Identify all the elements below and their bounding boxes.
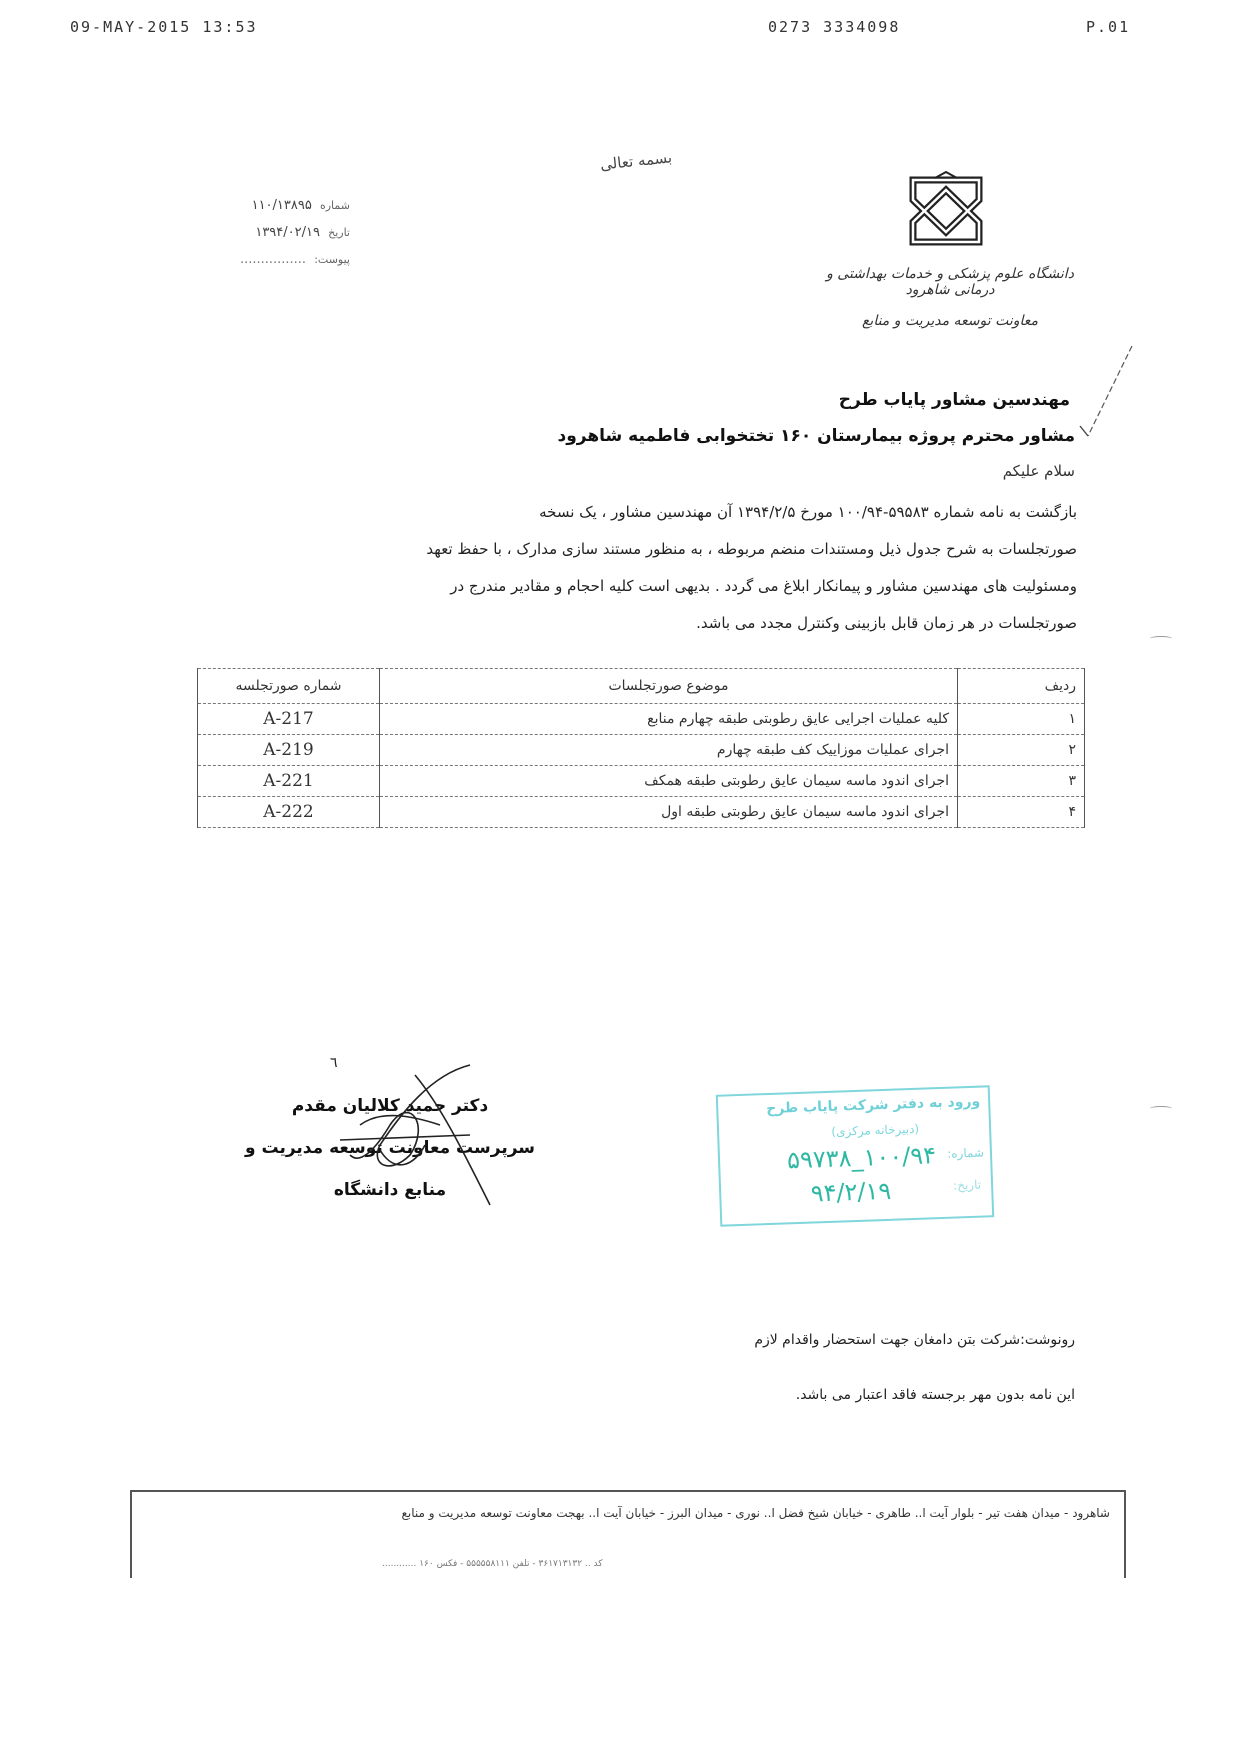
scan-edge-mark <box>1150 1106 1172 1111</box>
letter-meta: شماره ۱۱۰/۱۳۸۹۵ تاریخ ۱۳۹۴/۰۲/۱۹ پیوست: … <box>200 192 350 273</box>
letter-number-value: ۱۱۰/۱۳۸۹۵ <box>252 198 312 213</box>
cell-minutes-number: A-217 <box>198 704 380 735</box>
header-subject: موضوع صورتجلسات <box>380 669 958 704</box>
table-row: ۲ اجرای عملیات موزاییک کف طبقه چهارم A-2… <box>198 735 1085 766</box>
receipt-stamp: ورود به دفتر شرکت پایاب طرح (دبیرخانه مر… <box>716 1085 994 1226</box>
greeting: سلام علیکم <box>1003 462 1075 480</box>
fax-phone-number: 0273 3334098 <box>768 18 900 36</box>
recipient-company: مهندسین مشاور پایاب طرح <box>839 390 1070 410</box>
validity-note: این نامه بدون مهر برجسته فاقد اعتبار می … <box>796 1387 1075 1403</box>
cell-row-number: ۱ <box>958 704 1085 735</box>
fax-datetime: 09-MAY-2015 13:53 <box>70 18 258 36</box>
handwritten-signature-icon: ٦ <box>320 1055 540 1225</box>
letter-number-row: شماره ۱۱۰/۱۳۸۹۵ <box>200 192 350 219</box>
letter-attachment-label: پیوست: <box>314 253 350 266</box>
fax-header: 09-MAY-2015 13:53 0273 3334098 P.01 <box>0 18 1240 42</box>
fax-page-number: P.01 <box>1086 18 1130 36</box>
cc-note: رونوشت:شرکت بتن دامغان جهت استحضار واقدا… <box>754 1332 1075 1348</box>
stamp-subtitle: (دبیرخانه مرکزی) <box>831 1122 919 1139</box>
department-name: معاونت توسعه مدیریت و منابع <box>860 313 1040 329</box>
stamp-date-label: تاریخ: <box>953 1178 981 1193</box>
letter-date-value: ۱۳۹۴/۰۲/۱۹ <box>255 225 320 240</box>
minutes-table: ردیف موضوع صورتجلسات شماره صورتجلسه ۱ کل… <box>197 668 1085 828</box>
stamp-number-value: ۱۰۰/۹۴_۵۹۷۳۸ <box>787 1141 937 1174</box>
header-minutes-number: شماره صورتجلسه <box>198 669 380 704</box>
cell-subject: اجرای عملیات موزاییک کف طبقه چهارم <box>380 735 958 766</box>
university-name: دانشگاه علوم پزشکی و خدمات بهداشتی و درم… <box>820 266 1080 298</box>
cell-row-number: ۴ <box>958 797 1085 828</box>
table-row: ۴ اجرای اندود ماسه سیمان عایق رطوبتی طبق… <box>198 797 1085 828</box>
cell-subject: کلیه عملیات اجرایی عایق رطوبتی طبقه چهار… <box>380 704 958 735</box>
cell-minutes-number: A-221 <box>198 766 380 797</box>
letter-date-row: تاریخ ۱۳۹۴/۰۲/۱۹ <box>200 219 350 246</box>
letter-body: بازگشت به نامه شماره ۵۹۵۸۳-۱۰۰/۹۴ مورخ ۱… <box>215 494 1077 642</box>
header-row-number: ردیف <box>958 669 1085 704</box>
basmala: بسمه تعالی <box>599 148 673 173</box>
letter-date-label: تاریخ <box>328 226 350 239</box>
letter-number-label: شماره <box>320 199 350 212</box>
table-row: ۳ اجرای اندود ماسه سیمان عایق رطوبتی طبق… <box>198 766 1085 797</box>
table-row: ۱ کلیه عملیات اجرایی عایق رطوبتی طبقه چه… <box>198 704 1085 735</box>
cell-row-number: ۳ <box>958 766 1085 797</box>
footer-address: شاهرود - میدان هفت تیر - بلوار آیت ا.. ط… <box>402 1506 1110 1520</box>
cell-minutes-number: A-219 <box>198 735 380 766</box>
letter-attachment-row: پیوست: ................ <box>200 246 350 273</box>
footer-phones: کد .. ۳۶۱۷۱۳۱۳۲ - تلفن ۵۵۵۵۵۸۱۱۱ - فکس ۱… <box>382 1559 603 1569</box>
body-line: صورتجلسات در هر زمان قابل بازبینی وکنترل… <box>215 605 1077 642</box>
body-line: ومسئولیت های مهندسین مشاور و پیمانکار اب… <box>215 568 1077 605</box>
cell-row-number: ۲ <box>958 735 1085 766</box>
recipient-title: مشاور محترم پروژه بیمارستان ۱۶۰ تختخوابی… <box>558 426 1076 446</box>
letter-attachment-value: ................ <box>240 252 306 267</box>
table-header-row: ردیف موضوع صورتجلسات شماره صورتجلسه <box>198 669 1085 704</box>
stamp-title: ورود به دفتر شرکت پایاب طرح <box>766 1094 980 1117</box>
footer-address-box: شاهرود - میدان هفت تیر - بلوار آیت ا.. ط… <box>130 1490 1126 1578</box>
stamp-date-value: ۹۴/۲/۱۹ <box>810 1177 892 1208</box>
cell-subject: اجرای اندود ماسه سیمان عایق رطوبتی طبقه … <box>380 766 958 797</box>
scan-edge-mark <box>1150 636 1172 641</box>
university-knot-logo-icon <box>905 170 987 252</box>
stamp-number-label: شماره: <box>947 1146 984 1161</box>
body-line: صورتجلسات به شرح جدول ذیل ومستندات منضم … <box>215 531 1077 568</box>
cell-subject: اجرای اندود ماسه سیمان عایق رطوبتی طبقه … <box>380 797 958 828</box>
minutes-table-container: ردیف موضوع صورتجلسات شماره صورتجلسه ۱ کل… <box>197 668 1085 828</box>
cell-minutes-number: A-222 <box>198 797 380 828</box>
check-mark-icon <box>1070 340 1140 440</box>
body-line: بازگشت به نامه شماره ۵۹۵۸۳-۱۰۰/۹۴ مورخ ۱… <box>215 494 1077 531</box>
svg-text:٦: ٦ <box>330 1055 338 1071</box>
